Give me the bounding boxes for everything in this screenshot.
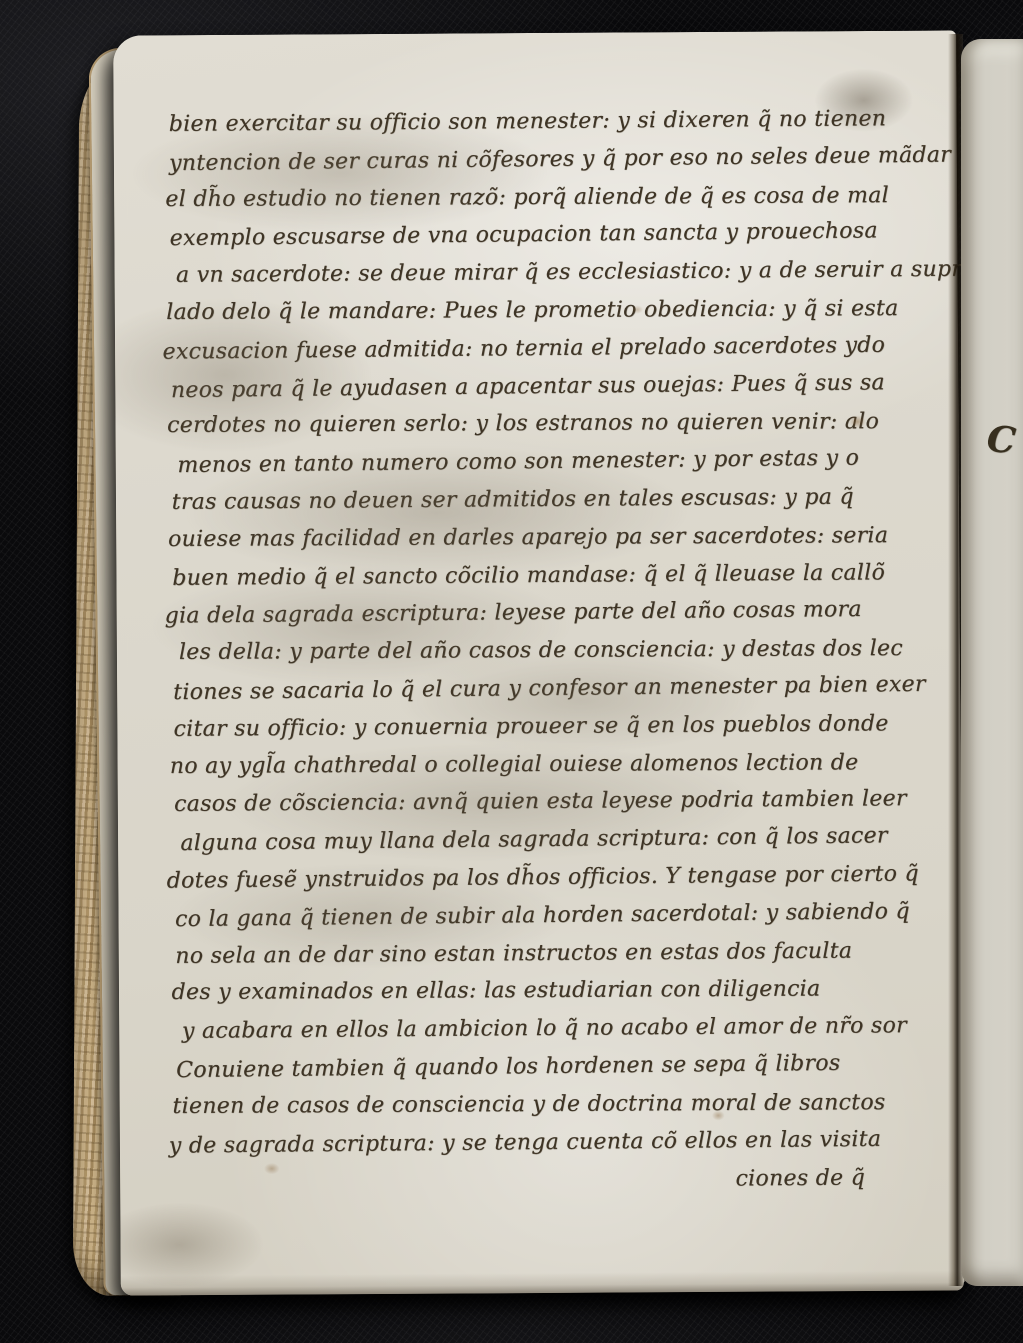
catchword: ciones de q̃ bbox=[177, 1158, 949, 1204]
manuscript-line: ouiese mas facilidad en darles aparejo p… bbox=[168, 517, 944, 559]
manuscript-line: a vn sacerdote: se deue mirar q̃ es eccl… bbox=[176, 251, 942, 295]
manuscript-line: citar su officio: y conuernia proueer se… bbox=[173, 705, 945, 749]
manuscript-page: bien exercitar su officio son menester: … bbox=[113, 30, 964, 1295]
manuscript-line: des y examinados en ellas: las estudiari… bbox=[171, 970, 947, 1012]
text-block: bien exercitar su officio son menester: … bbox=[169, 100, 950, 1204]
manuscript-line: cerdotes no quieren serlo: y los estrano… bbox=[167, 403, 943, 445]
manuscript-line: no ay ygl̃a chathredal o collegial ouies… bbox=[170, 743, 946, 785]
manuscript-line: Conuiene tambien q̃ quando los hordenen … bbox=[176, 1044, 948, 1090]
manuscript-line: tras causas no deuen ser admitidos en ta… bbox=[172, 478, 944, 522]
paragraph-mark: C bbox=[985, 418, 1017, 462]
manuscript-photo: bien exercitar su officio son menester: … bbox=[0, 0, 1023, 1343]
manuscript-line: no sela an de dar sino estan instructos … bbox=[175, 931, 947, 975]
manuscript-line: co la gana q̃ tienen de subir ala horden… bbox=[175, 892, 947, 938]
facing-page-sliver: C bbox=[961, 39, 1023, 1286]
manuscript-line: les della: y parte del año casos de cons… bbox=[179, 630, 945, 672]
manuscript-line: lado delo q̃ le mandare: Pues le prometi… bbox=[166, 290, 942, 332]
manuscript-line: tienen de casos de consciencia y de doct… bbox=[172, 1083, 948, 1125]
manuscript-line: y de sagrada scriptura: y se tenga cuent… bbox=[169, 1120, 949, 1165]
manuscript-line: gia dela sagrada escriptura: leyese part… bbox=[164, 591, 944, 636]
manuscript-line: yntencion de ser curas ni cõfesores y q̃… bbox=[169, 136, 941, 182]
